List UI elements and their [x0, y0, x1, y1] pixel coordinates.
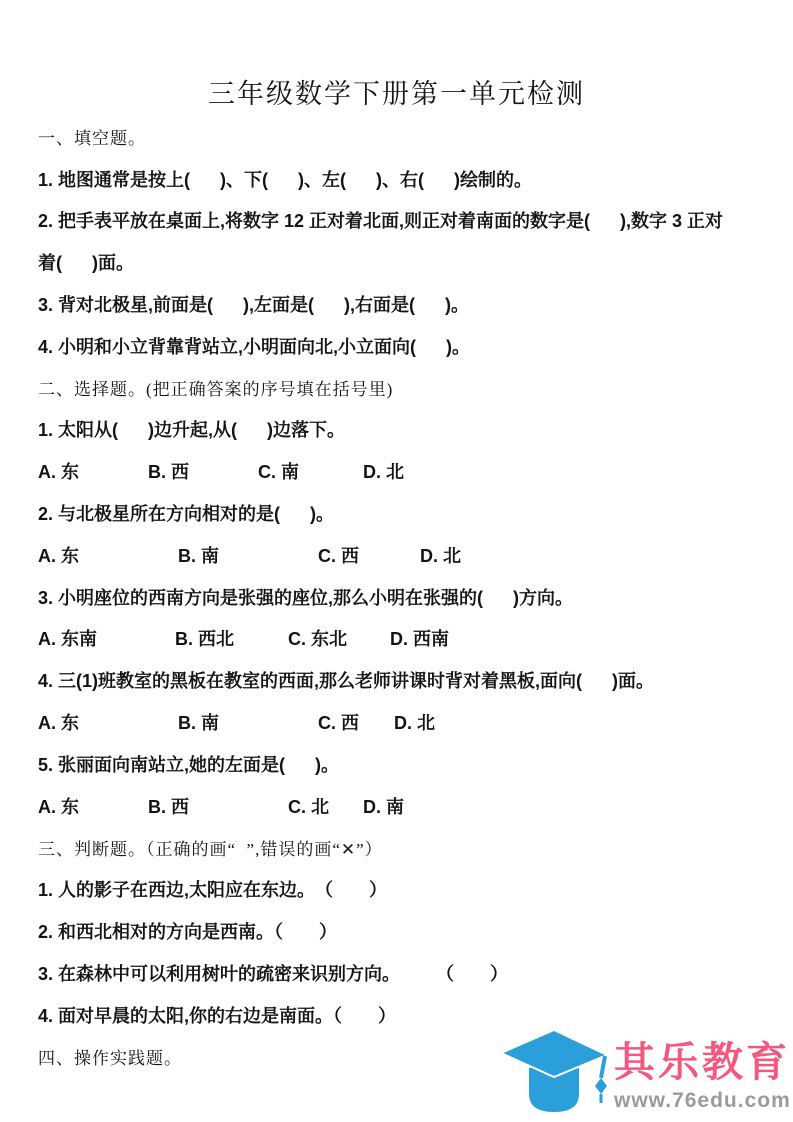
- option-b: B. 南: [178, 709, 318, 735]
- judge-question-3: 3. 在森林中可以利用树叶的疏密来识别方向。 （ ）: [38, 952, 779, 994]
- option-d: D. 北: [394, 709, 435, 735]
- option-b: B. 西: [148, 458, 258, 484]
- choice-question-1-options: A. 东 B. 西 C. 南 D. 北: [38, 450, 779, 492]
- section-header-choice: 二、选择题。(把正确答案的序号填在括号里): [38, 367, 779, 409]
- option-b: B. 西: [148, 793, 288, 819]
- option-a: A. 东: [38, 542, 178, 568]
- choice-question-3-options: A. 东南 B. 西北 C. 东北 D. 西南: [38, 618, 779, 660]
- choice-question-4: 4. 三(1)班教室的黑板在教室的西面,那么老师讲课时背对着黑板,面向( )面。: [38, 659, 779, 701]
- choice-question-2: 2. 与北极星所在方向相对的是( )。: [38, 492, 779, 534]
- option-c: C. 西: [318, 709, 394, 735]
- option-c: C. 北: [288, 793, 363, 819]
- option-d: D. 北: [420, 542, 461, 568]
- brand-text-block: 其乐教育 www.76edu.com: [614, 1028, 791, 1113]
- option-d: D. 西南: [390, 625, 449, 651]
- option-a: A. 东: [38, 709, 178, 735]
- brand-watermark: 其乐教育 www.76edu.com: [498, 1028, 791, 1114]
- fill-question-2-line-1: 2. 把手表平放在桌面上,将数字 12 正对着北面,则正对着南面的数字是( ),…: [38, 200, 779, 242]
- option-c: C. 西: [318, 542, 420, 568]
- choice-question-5-options: A. 东 B. 西 C. 北 D. 南: [38, 785, 779, 827]
- worksheet-body: 一、填空题。 1. 地图通常是按上( )、下( )、左( )、右( )绘制的。 …: [38, 116, 779, 1077]
- brand-name: 其乐教育: [614, 1042, 791, 1083]
- option-c: C. 南: [258, 458, 363, 484]
- choice-question-3: 3. 小明座位的西南方向是张强的座位,那么小明在张强的( )方向。: [38, 576, 779, 618]
- fill-question-4: 4. 小明和小立背靠背站立,小明面向北,小立面向( )。: [38, 325, 779, 367]
- worksheet-page: 三年级数学下册第一单元检测 一、填空题。 1. 地图通常是按上( )、下( )、…: [0, 0, 793, 1122]
- fill-question-3: 3. 背对北极星,前面是( ),左面是( ),右面是( )。: [38, 283, 779, 325]
- option-a: A. 东: [38, 793, 148, 819]
- choice-question-4-options: A. 东 B. 南 C. 西 D. 北: [38, 701, 779, 743]
- choice-question-2-options: A. 东 B. 南 C. 西 D. 北: [38, 534, 779, 576]
- page-title: 三年级数学下册第一单元检测: [0, 72, 793, 111]
- section-header-fill-blanks: 一、填空题。: [38, 116, 779, 158]
- option-a: A. 东: [38, 458, 148, 484]
- fill-question-1: 1. 地图通常是按上( )、下( )、左( )、右( )绘制的。: [38, 158, 779, 200]
- option-a: A. 东南: [38, 625, 175, 651]
- brand-url: www.76edu.com: [614, 1089, 791, 1113]
- option-d: D. 北: [363, 458, 404, 484]
- choice-question-1: 1. 太阳从( )边升起,从( )边落下。: [38, 409, 779, 451]
- option-c: C. 东北: [288, 625, 390, 651]
- judge-question-2: 2. 和西北相对的方向是西南。（ ）: [38, 910, 779, 952]
- choice-question-5: 5. 张丽面向南站立,她的左面是( )。: [38, 743, 779, 785]
- graduation-cap-icon: [498, 1028, 610, 1114]
- option-b: B. 南: [178, 542, 318, 568]
- option-b: B. 西北: [175, 625, 288, 651]
- option-d: D. 南: [363, 793, 404, 819]
- fill-question-2-line-2: 着( )面。: [38, 241, 779, 283]
- section-header-judge: 三、判断题。（正确的画“ ”,错误的画“✕”）: [38, 827, 779, 869]
- judge-question-1: 1. 人的影子在西边,太阳应在东边。 （ ）: [38, 868, 779, 910]
